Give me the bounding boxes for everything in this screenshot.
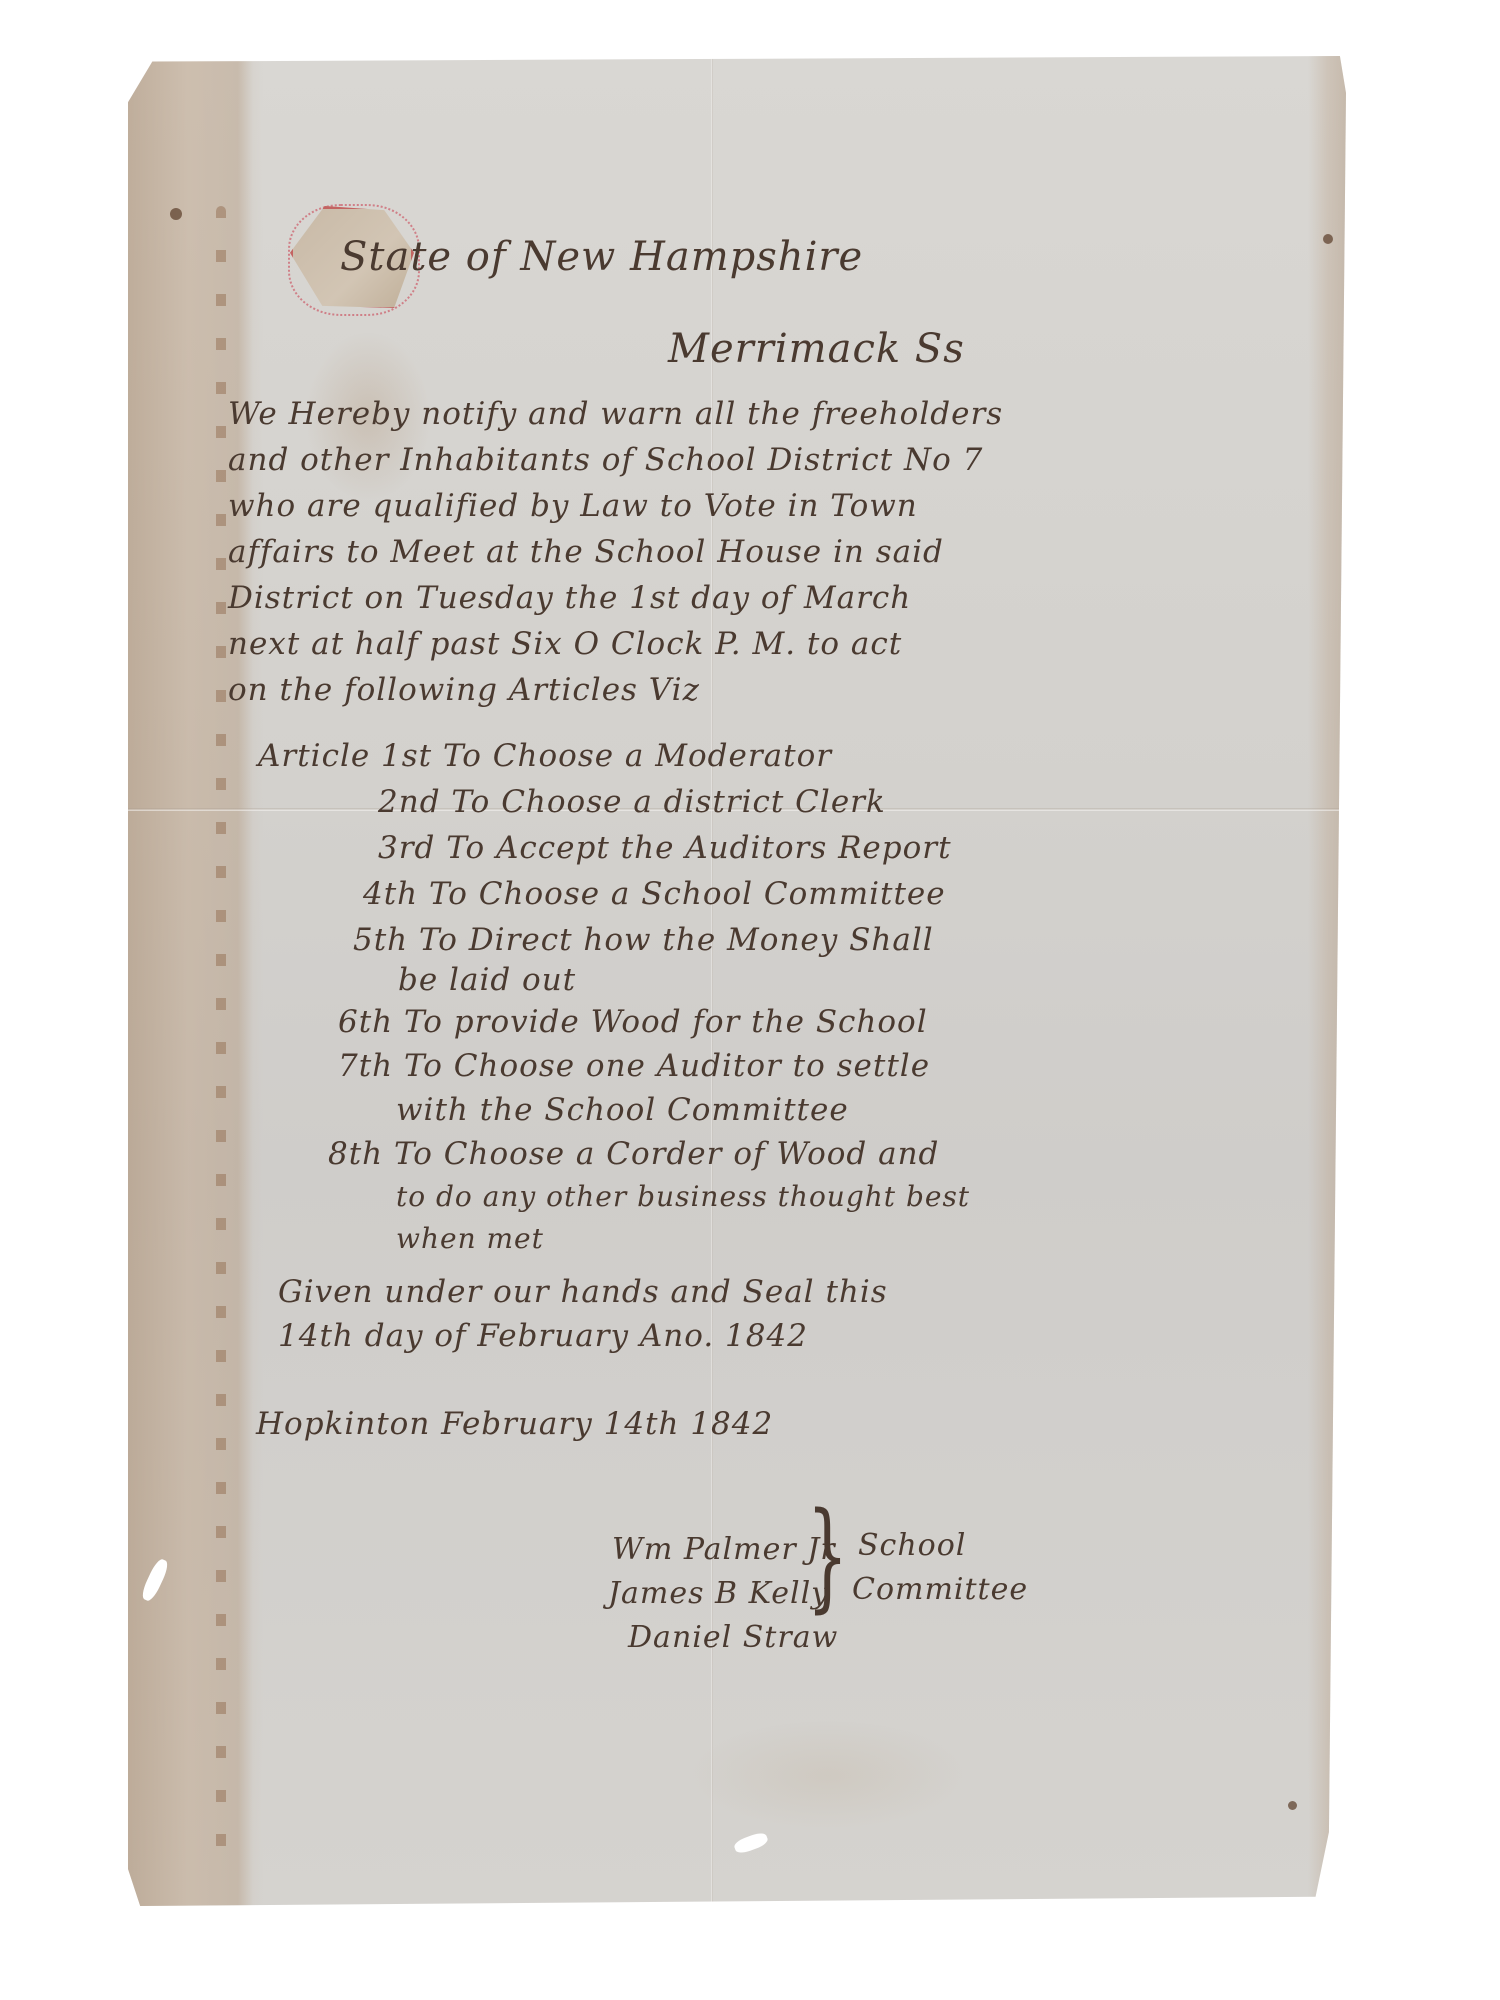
article-text: To Accept the Auditors Report: [446, 830, 951, 866]
place-date: Hopkinton February 14th 1842: [256, 1406, 773, 1442]
warrant-line: on the following Articles Viz: [228, 672, 700, 708]
signature: Daniel Straw: [628, 1620, 838, 1655]
given-line: Given under our hands and Seal this: [278, 1274, 888, 1310]
article-label: 5th: [353, 922, 408, 958]
paper-hole: [733, 1831, 770, 1856]
article-4: 4th To Choose a School Committee: [363, 876, 946, 912]
signature: Wm Palmer Jr: [612, 1532, 836, 1567]
article-7: 7th To Choose one Auditor to settle: [338, 1048, 930, 1084]
article-text: To provide Wood for the School: [404, 1004, 928, 1040]
ink-spot: [170, 208, 182, 220]
warrant-line: We Hereby notify and warn all the freeho…: [228, 396, 1003, 432]
article-label: 8th: [328, 1136, 383, 1172]
article-text: To Direct how the Money Shall: [419, 922, 934, 958]
ink-spot: [1323, 234, 1333, 244]
paper-hole: [139, 1557, 170, 1603]
stain-dots: [216, 206, 226, 1856]
article-label: 3rd: [378, 830, 435, 866]
warrant-line: and other Inhabitants of School District…: [228, 442, 983, 478]
committee-label: Committee: [852, 1572, 1028, 1607]
signature: James B Kelly: [608, 1576, 829, 1611]
article-7-cont: with the School Committee: [396, 1092, 849, 1128]
article-text: To Choose a Corder of Wood and: [394, 1136, 939, 1172]
warrant-line: next at half past Six O Clock P. M. to a…: [228, 626, 902, 662]
article-8-cont: when met: [396, 1222, 544, 1255]
article-label: 7th: [338, 1048, 393, 1084]
article-6: 6th To provide Wood for the School: [338, 1004, 928, 1040]
article-5: 5th To Direct how the Money Shall: [353, 922, 934, 958]
warrant-line: District on Tuesday the 1st day of March: [228, 580, 911, 616]
document-title: State of New Hampshire: [340, 234, 863, 280]
article-label: 6th: [338, 1004, 393, 1040]
manuscript-page: State of New Hampshire Merrimack Ss We H…: [128, 56, 1346, 1906]
article-text: To Choose a School Committee: [429, 876, 946, 912]
article-8: 8th To Choose a Corder of Wood and: [328, 1136, 939, 1172]
article-1: Article 1st To Choose a Moderator: [258, 738, 832, 774]
warrant-line: who are qualified by Law to Vote in Town: [228, 488, 918, 524]
article-2: 2nd To Choose a district Clerk: [378, 784, 886, 820]
brace-glyph: }: [807, 1496, 848, 1614]
article-label: Article 1st: [258, 738, 432, 774]
committee-label: School: [858, 1528, 966, 1563]
article-3: 3rd To Accept the Auditors Report: [378, 830, 952, 866]
article-label: 4th: [363, 876, 418, 912]
given-date-line: 14th day of February Ano. 1842: [278, 1318, 808, 1354]
article-text: To Choose a district Clerk: [451, 784, 885, 820]
county-heading: Merrimack Ss: [668, 326, 965, 372]
article-8-cont: to do any other business thought best: [396, 1180, 970, 1213]
article-5-cont: be laid out: [398, 962, 576, 998]
article-text: To Choose a Moderator: [443, 738, 832, 774]
warrant-line: affairs to Meet at the School House in s…: [228, 534, 944, 570]
article-text: To Choose one Auditor to settle: [404, 1048, 930, 1084]
ink-spot: [1288, 1801, 1297, 1810]
article-label: 2nd: [378, 784, 441, 820]
